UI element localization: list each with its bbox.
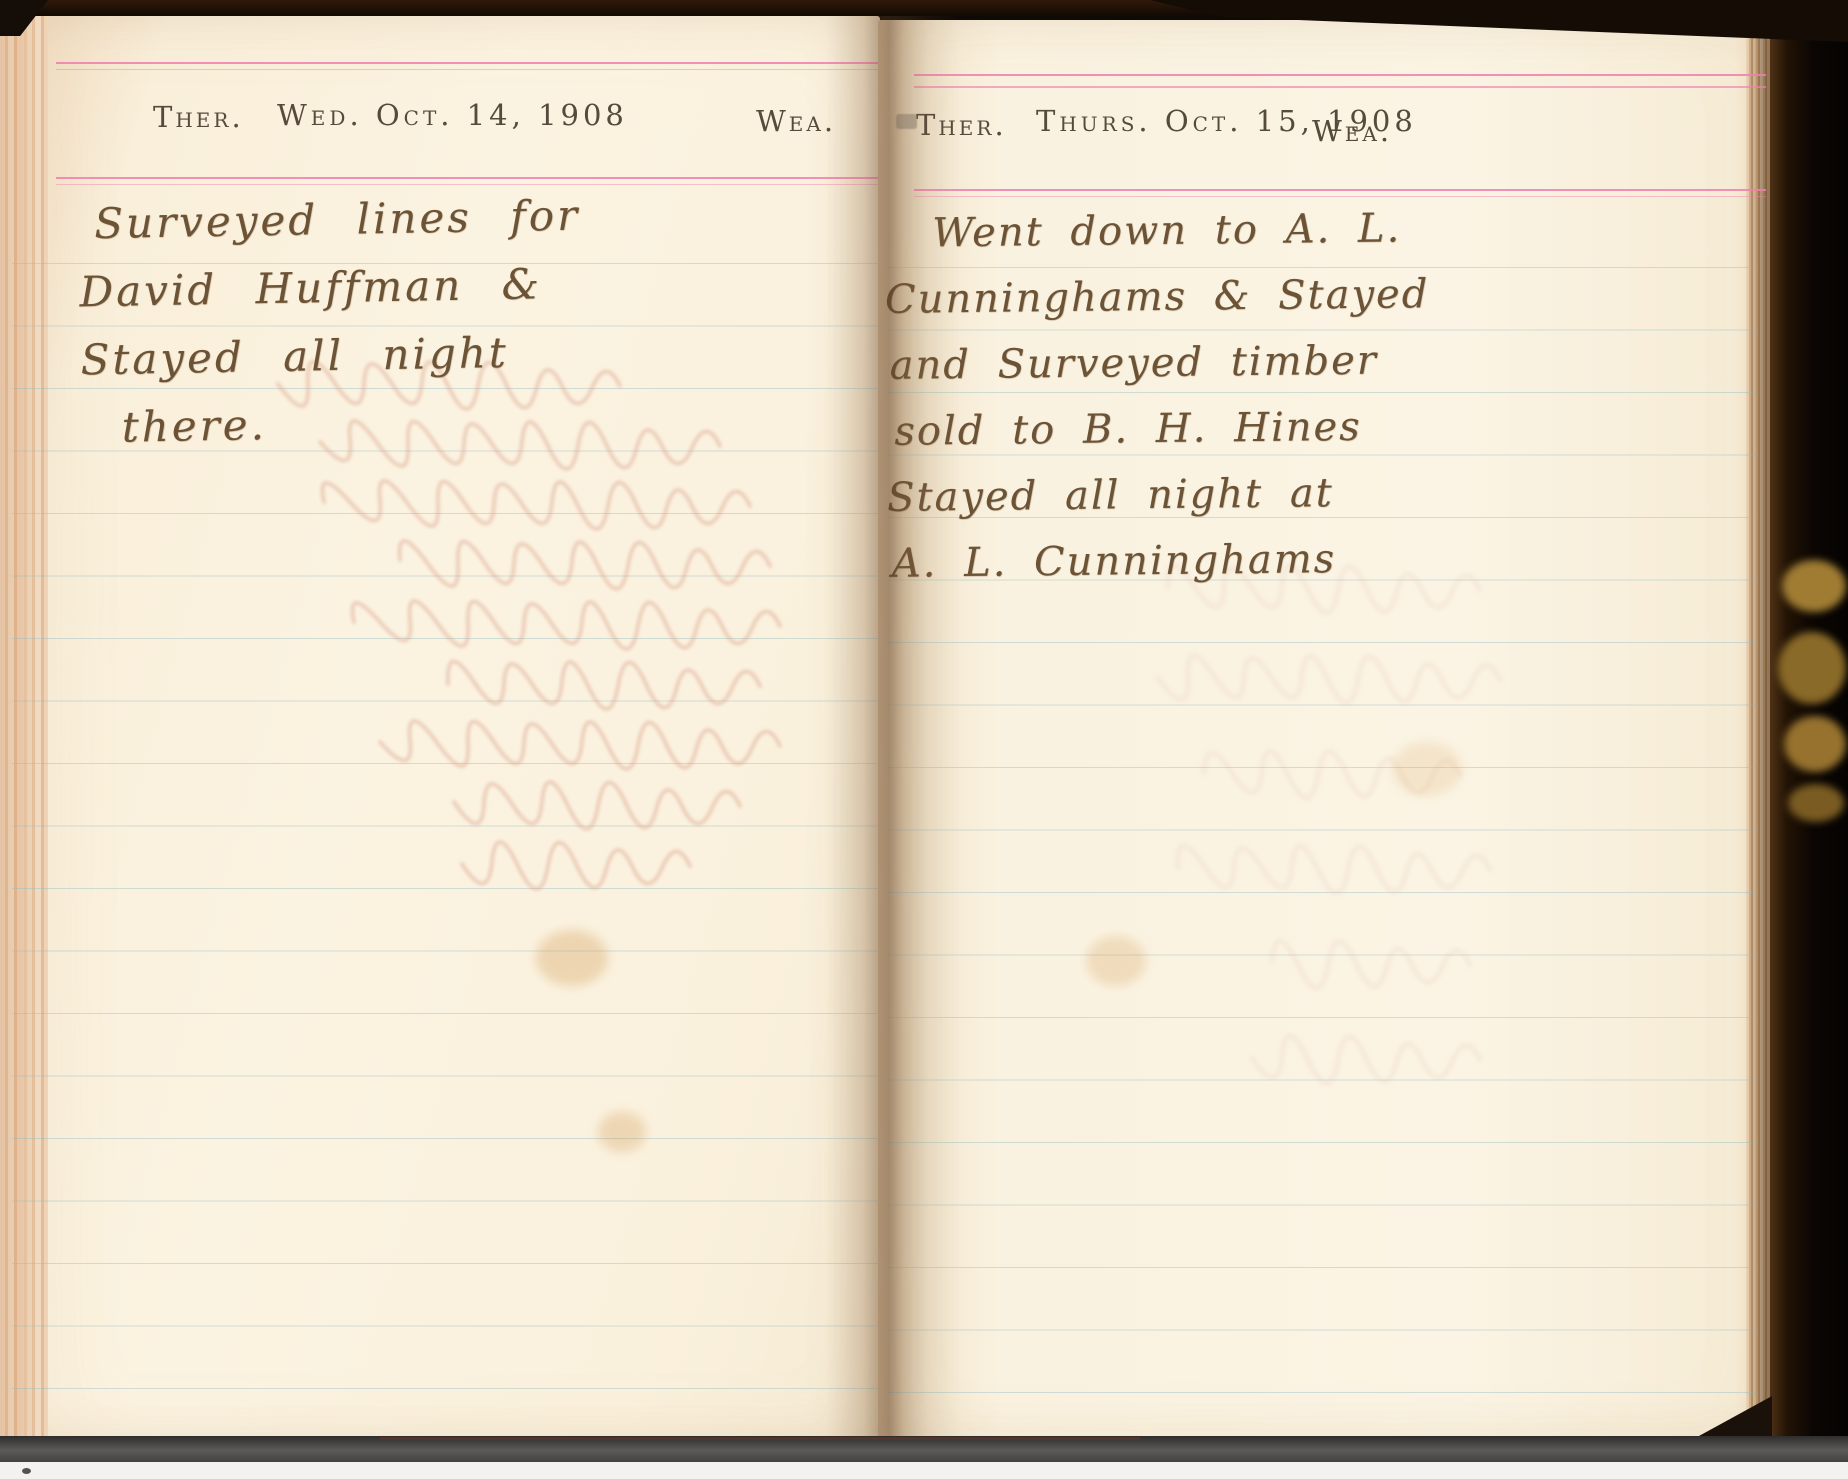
left-diary-entry: Surveyed lines for David Huffman & Staye… bbox=[78, 182, 585, 463]
entry-line: Surveyed lines for bbox=[94, 182, 581, 258]
stain bbox=[1086, 936, 1146, 986]
pink-rule bbox=[914, 74, 1766, 76]
scan-artifact-dot bbox=[22, 1468, 31, 1474]
entry-line: David Huffman & bbox=[79, 250, 582, 327]
entry-line: Stayed all night bbox=[80, 318, 583, 395]
spine-gold-emboss bbox=[1778, 632, 1846, 704]
pink-rule bbox=[914, 189, 1766, 191]
right-diary-entry: Went down to A. L. Cunninghams & Stayed … bbox=[884, 195, 1432, 597]
pink-rule bbox=[56, 62, 878, 64]
stain bbox=[1392, 742, 1462, 796]
entry-line: there. bbox=[121, 386, 584, 462]
gutter-shadow bbox=[826, 12, 960, 1442]
scan-bottom-strip bbox=[0, 1462, 1848, 1479]
pink-rule bbox=[56, 69, 878, 70]
spine-gold-emboss bbox=[1784, 716, 1846, 772]
bleedthrough-handwriting bbox=[920, 560, 1540, 1120]
entry-line: Went down to A. L. bbox=[932, 195, 1429, 266]
book-bottom-red-line bbox=[380, 1437, 1140, 1440]
spine-gold-emboss bbox=[1788, 784, 1844, 822]
book-cover-right bbox=[1770, 0, 1848, 1464]
entry-line: Cunninghams & Stayed bbox=[885, 261, 1430, 333]
entry-line: A. L. Cunninghams bbox=[891, 525, 1432, 597]
diary-scan: Ther. Wed. Oct. 14, 1908 Wea. Ther. Thur… bbox=[0, 0, 1848, 1479]
right-wea-label: Wea. bbox=[1312, 114, 1392, 148]
spine-gold-emboss bbox=[1782, 560, 1846, 612]
entry-line: Stayed all night at bbox=[887, 459, 1432, 531]
left-wea-label: Wea. bbox=[756, 104, 836, 138]
stain bbox=[598, 1112, 646, 1152]
pink-rule bbox=[914, 86, 1766, 88]
entry-line: sold to B. H. Hines bbox=[894, 393, 1431, 465]
stain bbox=[536, 930, 608, 986]
left-date-heading: Wed. Oct. 14, 1908 bbox=[277, 98, 628, 132]
left-ther-label: Ther. bbox=[153, 100, 244, 134]
entry-line: and Surveyed timber bbox=[889, 327, 1430, 399]
pink-rule bbox=[56, 177, 878, 179]
